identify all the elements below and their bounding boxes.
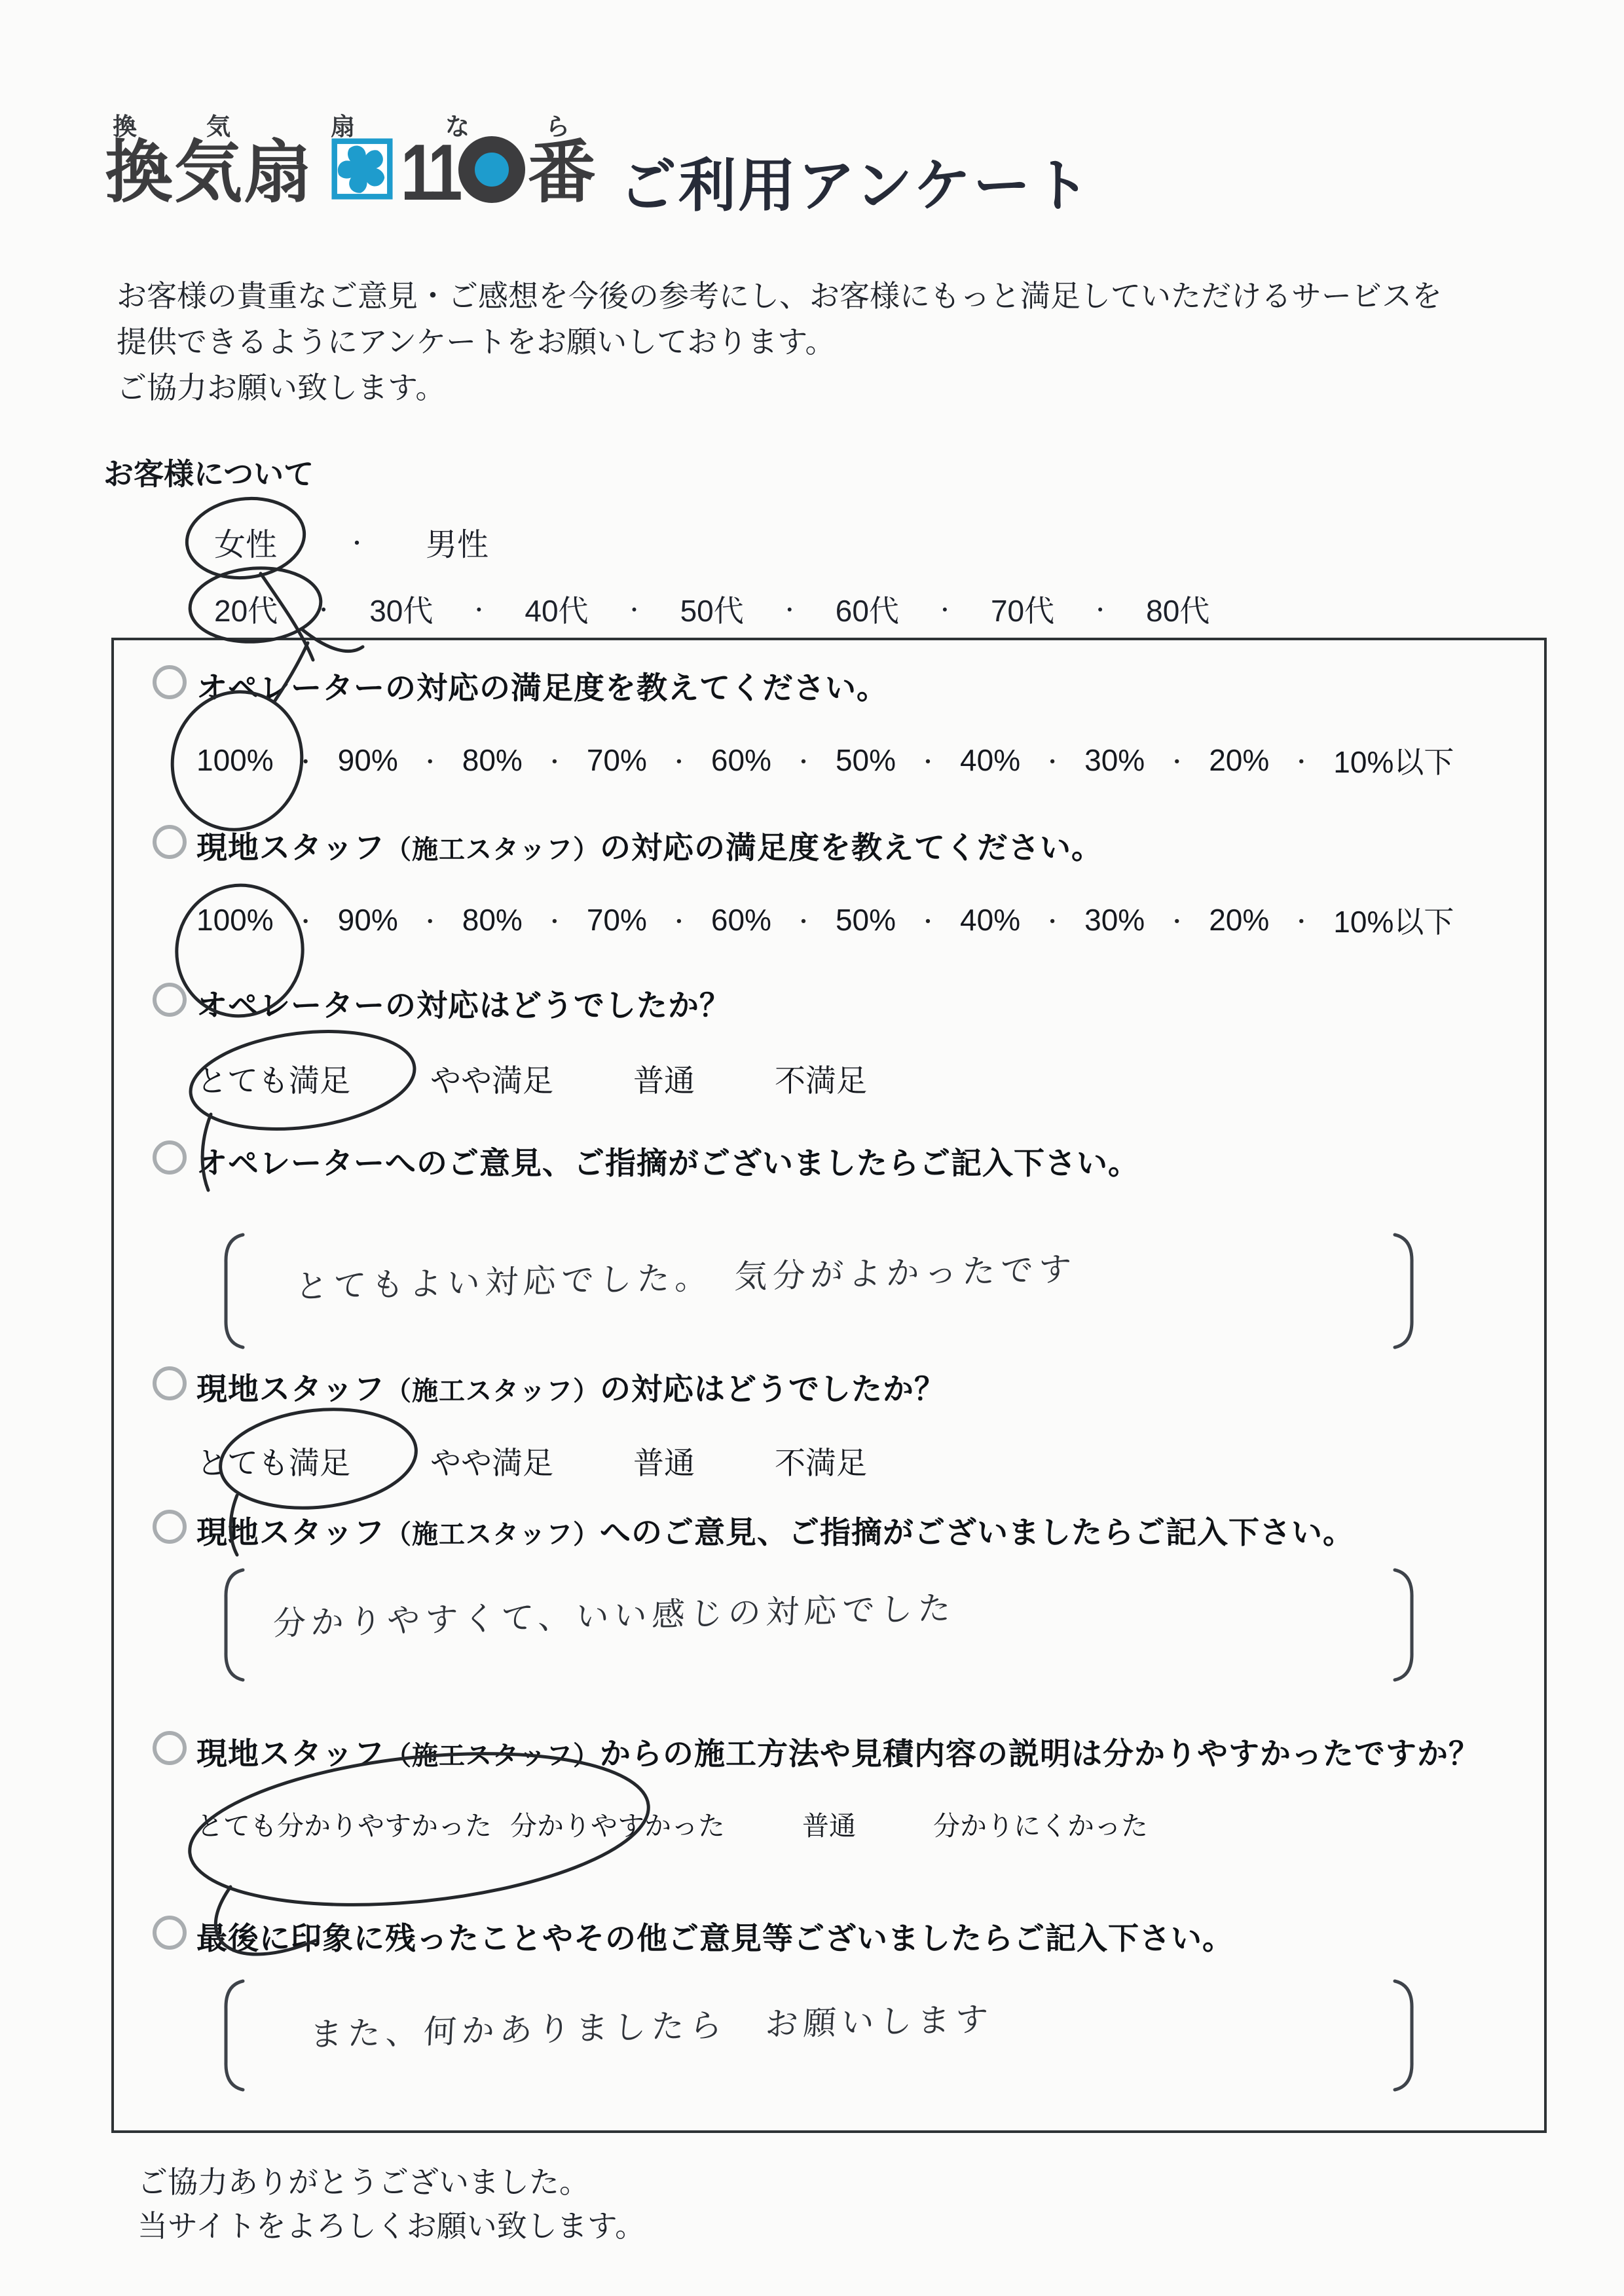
question-marker-circle <box>153 983 187 1017</box>
option-separator: ・ <box>917 744 939 776</box>
option-separator: ・ <box>1166 744 1188 776</box>
option-separator: ・ <box>544 744 566 776</box>
intro-line: お客様の貴重なご意見・ご感想を今後の参考にし、お客様にもっと満足していただけるサ… <box>117 274 1442 319</box>
option-separator: ・ <box>346 526 368 558</box>
question-option: 80% <box>462 742 523 778</box>
logo-zero-disc: 0 <box>458 136 525 203</box>
gender-options-row: 女性・男性 <box>214 519 489 564</box>
question-text: 現地スタッフ（施工スタッフ）へのご意見、ご指摘がございましたらご記入下さい。 <box>196 1508 1354 1552</box>
age-option: 30代 <box>369 587 433 630</box>
question-option: 100% <box>196 902 274 938</box>
gender-option: 男性 <box>426 519 489 564</box>
question-option: 30% <box>1084 742 1145 778</box>
question-option: やや満足 <box>430 1439 553 1483</box>
option-separator: ・ <box>792 744 815 776</box>
option-separator: ・ <box>917 904 939 936</box>
question-option: 50% <box>836 902 896 938</box>
question-option: 80% <box>462 902 523 938</box>
question-text-paren: （施工スタッフ） <box>385 1520 600 1549</box>
question-option: 90% <box>338 742 398 778</box>
question-marker-circle <box>153 1366 187 1400</box>
question-marker-circle <box>153 665 187 699</box>
question-marker-circle <box>153 1510 187 1544</box>
question-option: とても分かりやすかった <box>196 1804 492 1843</box>
question-option: 20% <box>1209 902 1269 938</box>
survey-scan-page: 換 気 扇 な ら 換気扇 11 0 番 ご利用アンケート お客様の貴重なご意見… <box>0 0 1624 2296</box>
age-option: 40代 <box>525 587 588 630</box>
option-separator: ・ <box>668 744 690 776</box>
question-options-row: とても満足やや満足普通不満足 <box>196 1439 867 1483</box>
question-text: オペレーターへのご意見、ご指摘がございましたらご記入下さい。 <box>196 1139 1139 1183</box>
question-text-main: 現地スタッフ <box>196 830 385 865</box>
question-option: 100% <box>196 742 274 778</box>
question-text-main: 現地スタッフ <box>196 1736 385 1771</box>
intro-paragraph: お客様の貴重なご意見・ご感想を今後の参考にし、お客様にもっと満足していただけるサ… <box>117 274 1442 411</box>
logo-text-11: 11 <box>401 132 458 212</box>
question-option: 分かりやすかった <box>510 1804 725 1843</box>
question-text: オペレーターの対応の満足度を教えてください。 <box>196 664 888 708</box>
question-option: 分かりにくかった <box>933 1804 1148 1843</box>
question-option: 70% <box>587 902 647 938</box>
question-option: 20% <box>1209 742 1269 778</box>
age-option: 60代 <box>836 587 899 630</box>
question-text-main: 現地スタッフ <box>196 1515 385 1550</box>
question-text-paren: （施工スタッフ） <box>385 835 600 864</box>
option-separator: ・ <box>1041 904 1063 936</box>
page-title: ご利用アンケート <box>619 140 1092 223</box>
question-text: 最後に印象に残ったことやその他ご意見等ございましたらご記入下さい。 <box>196 1914 1234 1958</box>
question-options-row: とても分かりやすかった分かりやすかった普通分かりにくかった <box>196 1804 1148 1843</box>
option-separator: ・ <box>419 904 441 936</box>
option-separator: ・ <box>468 594 489 624</box>
option-separator: ・ <box>419 744 441 776</box>
question-option: やや満足 <box>430 1057 553 1101</box>
option-separator: ・ <box>792 904 815 936</box>
question-text-paren: （施工スタッフ） <box>385 1741 600 1770</box>
age-option: 20代 <box>214 587 278 630</box>
option-separator: ・ <box>624 594 645 624</box>
question-text: 現地スタッフ（施工スタッフ）の対応の満足度を教えてください。 <box>196 824 1103 867</box>
question-marker-circle <box>153 825 187 859</box>
question-option: 40% <box>960 742 1020 778</box>
question-marker-circle <box>153 1916 187 1950</box>
age-option: 70代 <box>991 587 1054 630</box>
footer-thanks: ご協力ありがとうございました。 当サイトをよろしくお願い致します。 <box>138 2160 645 2248</box>
question-option: 不満足 <box>775 1057 867 1101</box>
question-text-main: へのご意見、ご指摘がございましたらご記入下さい。 <box>600 1515 1354 1550</box>
question-text-main: オペレーターへのご意見、ご指摘がございましたらご記入下さい。 <box>196 1146 1139 1180</box>
option-separator: ・ <box>295 904 317 936</box>
question-option: 10%以下 <box>1333 738 1454 782</box>
question-option: 普通 <box>802 1804 856 1843</box>
gender-option: 女性 <box>214 519 277 564</box>
question-options-row: 100%・90%・80%・70%・60%・50%・40%・30%・20%・10%… <box>196 738 1454 782</box>
option-separator: ・ <box>1166 904 1188 936</box>
age-option: 80代 <box>1146 587 1209 630</box>
question-option: 70% <box>587 742 647 778</box>
question-option: 10%以下 <box>1333 898 1454 941</box>
question-marker-circle <box>153 1731 187 1765</box>
intro-line: ご協力お願い致します。 <box>117 365 1442 411</box>
question-text-main: 現地スタッフ <box>196 1372 385 1406</box>
question-text-main: 最後に印象に残ったことやその他ご意見等ございましたらご記入下さい。 <box>196 1921 1234 1956</box>
option-separator: ・ <box>1090 594 1111 624</box>
question-option: 60% <box>711 902 771 938</box>
option-separator: ・ <box>295 744 317 776</box>
question-text-paren: （施工スタッフ） <box>385 1377 600 1406</box>
question-text: 現地スタッフ（施工スタッフ）の対応はどうでしたか？ <box>196 1365 946 1409</box>
logo-furigana: 扇 <box>331 107 355 142</box>
question-text-main: の対応の満足度を教えてください。 <box>600 830 1103 865</box>
question-option: 40% <box>960 902 1020 938</box>
question-text-main: オペレーターの対応の満足度を教えてください。 <box>196 670 888 705</box>
option-separator: ・ <box>313 594 334 624</box>
question-option: 30% <box>1084 902 1145 938</box>
question-options-row: とても満足やや満足普通不満足 <box>196 1057 867 1101</box>
question-text: オペレーターの対応はどうでしたか？ <box>196 981 731 1025</box>
question-text-main: の対応はどうでしたか？ <box>600 1372 946 1406</box>
logo-text-ban: 番 <box>528 139 596 207</box>
question-option: 普通 <box>633 1057 695 1101</box>
question-text-main: オペレーターの対応はどうでしたか？ <box>196 988 731 1023</box>
question-option: 60% <box>711 742 771 778</box>
footer-line: ご協力ありがとうございました。 <box>138 2160 645 2204</box>
option-separator: ・ <box>668 904 690 936</box>
footer-line: 当サイトをよろしくお願い致します。 <box>138 2204 645 2248</box>
question-option: 普通 <box>633 1439 695 1483</box>
fan-icon <box>331 138 393 200</box>
age-options-row: 20代・30代・40代・50代・60代・70代・80代 <box>214 587 1209 630</box>
option-separator: ・ <box>779 594 800 624</box>
question-text-main: からの施工方法や見積内容の説明は分かりやすかったですか？ <box>600 1736 1480 1771</box>
customer-section-heading: お客様について <box>103 450 314 494</box>
question-text: 現地スタッフ（施工スタッフ）からの施工方法や見積内容の説明は分かりやすかったです… <box>196 1730 1480 1774</box>
question-option: とても満足 <box>196 1057 350 1101</box>
question-marker-circle <box>153 1140 187 1175</box>
question-options-row: 100%・90%・80%・70%・60%・50%・40%・30%・20%・10%… <box>196 898 1454 941</box>
question-option: 50% <box>836 742 896 778</box>
age-option: 50代 <box>680 587 744 630</box>
intro-line: 提供できるようにアンケートをお願いしております。 <box>117 319 1442 365</box>
logo-text-kankisen: 換気扇 <box>105 139 313 207</box>
option-separator: ・ <box>1041 744 1063 776</box>
question-option: 90% <box>338 902 398 938</box>
question-option: 不満足 <box>775 1439 867 1483</box>
option-separator: ・ <box>934 594 955 624</box>
option-separator: ・ <box>1290 904 1312 936</box>
question-option: とても満足 <box>196 1439 350 1483</box>
option-separator: ・ <box>1290 744 1312 776</box>
option-separator: ・ <box>544 904 566 936</box>
